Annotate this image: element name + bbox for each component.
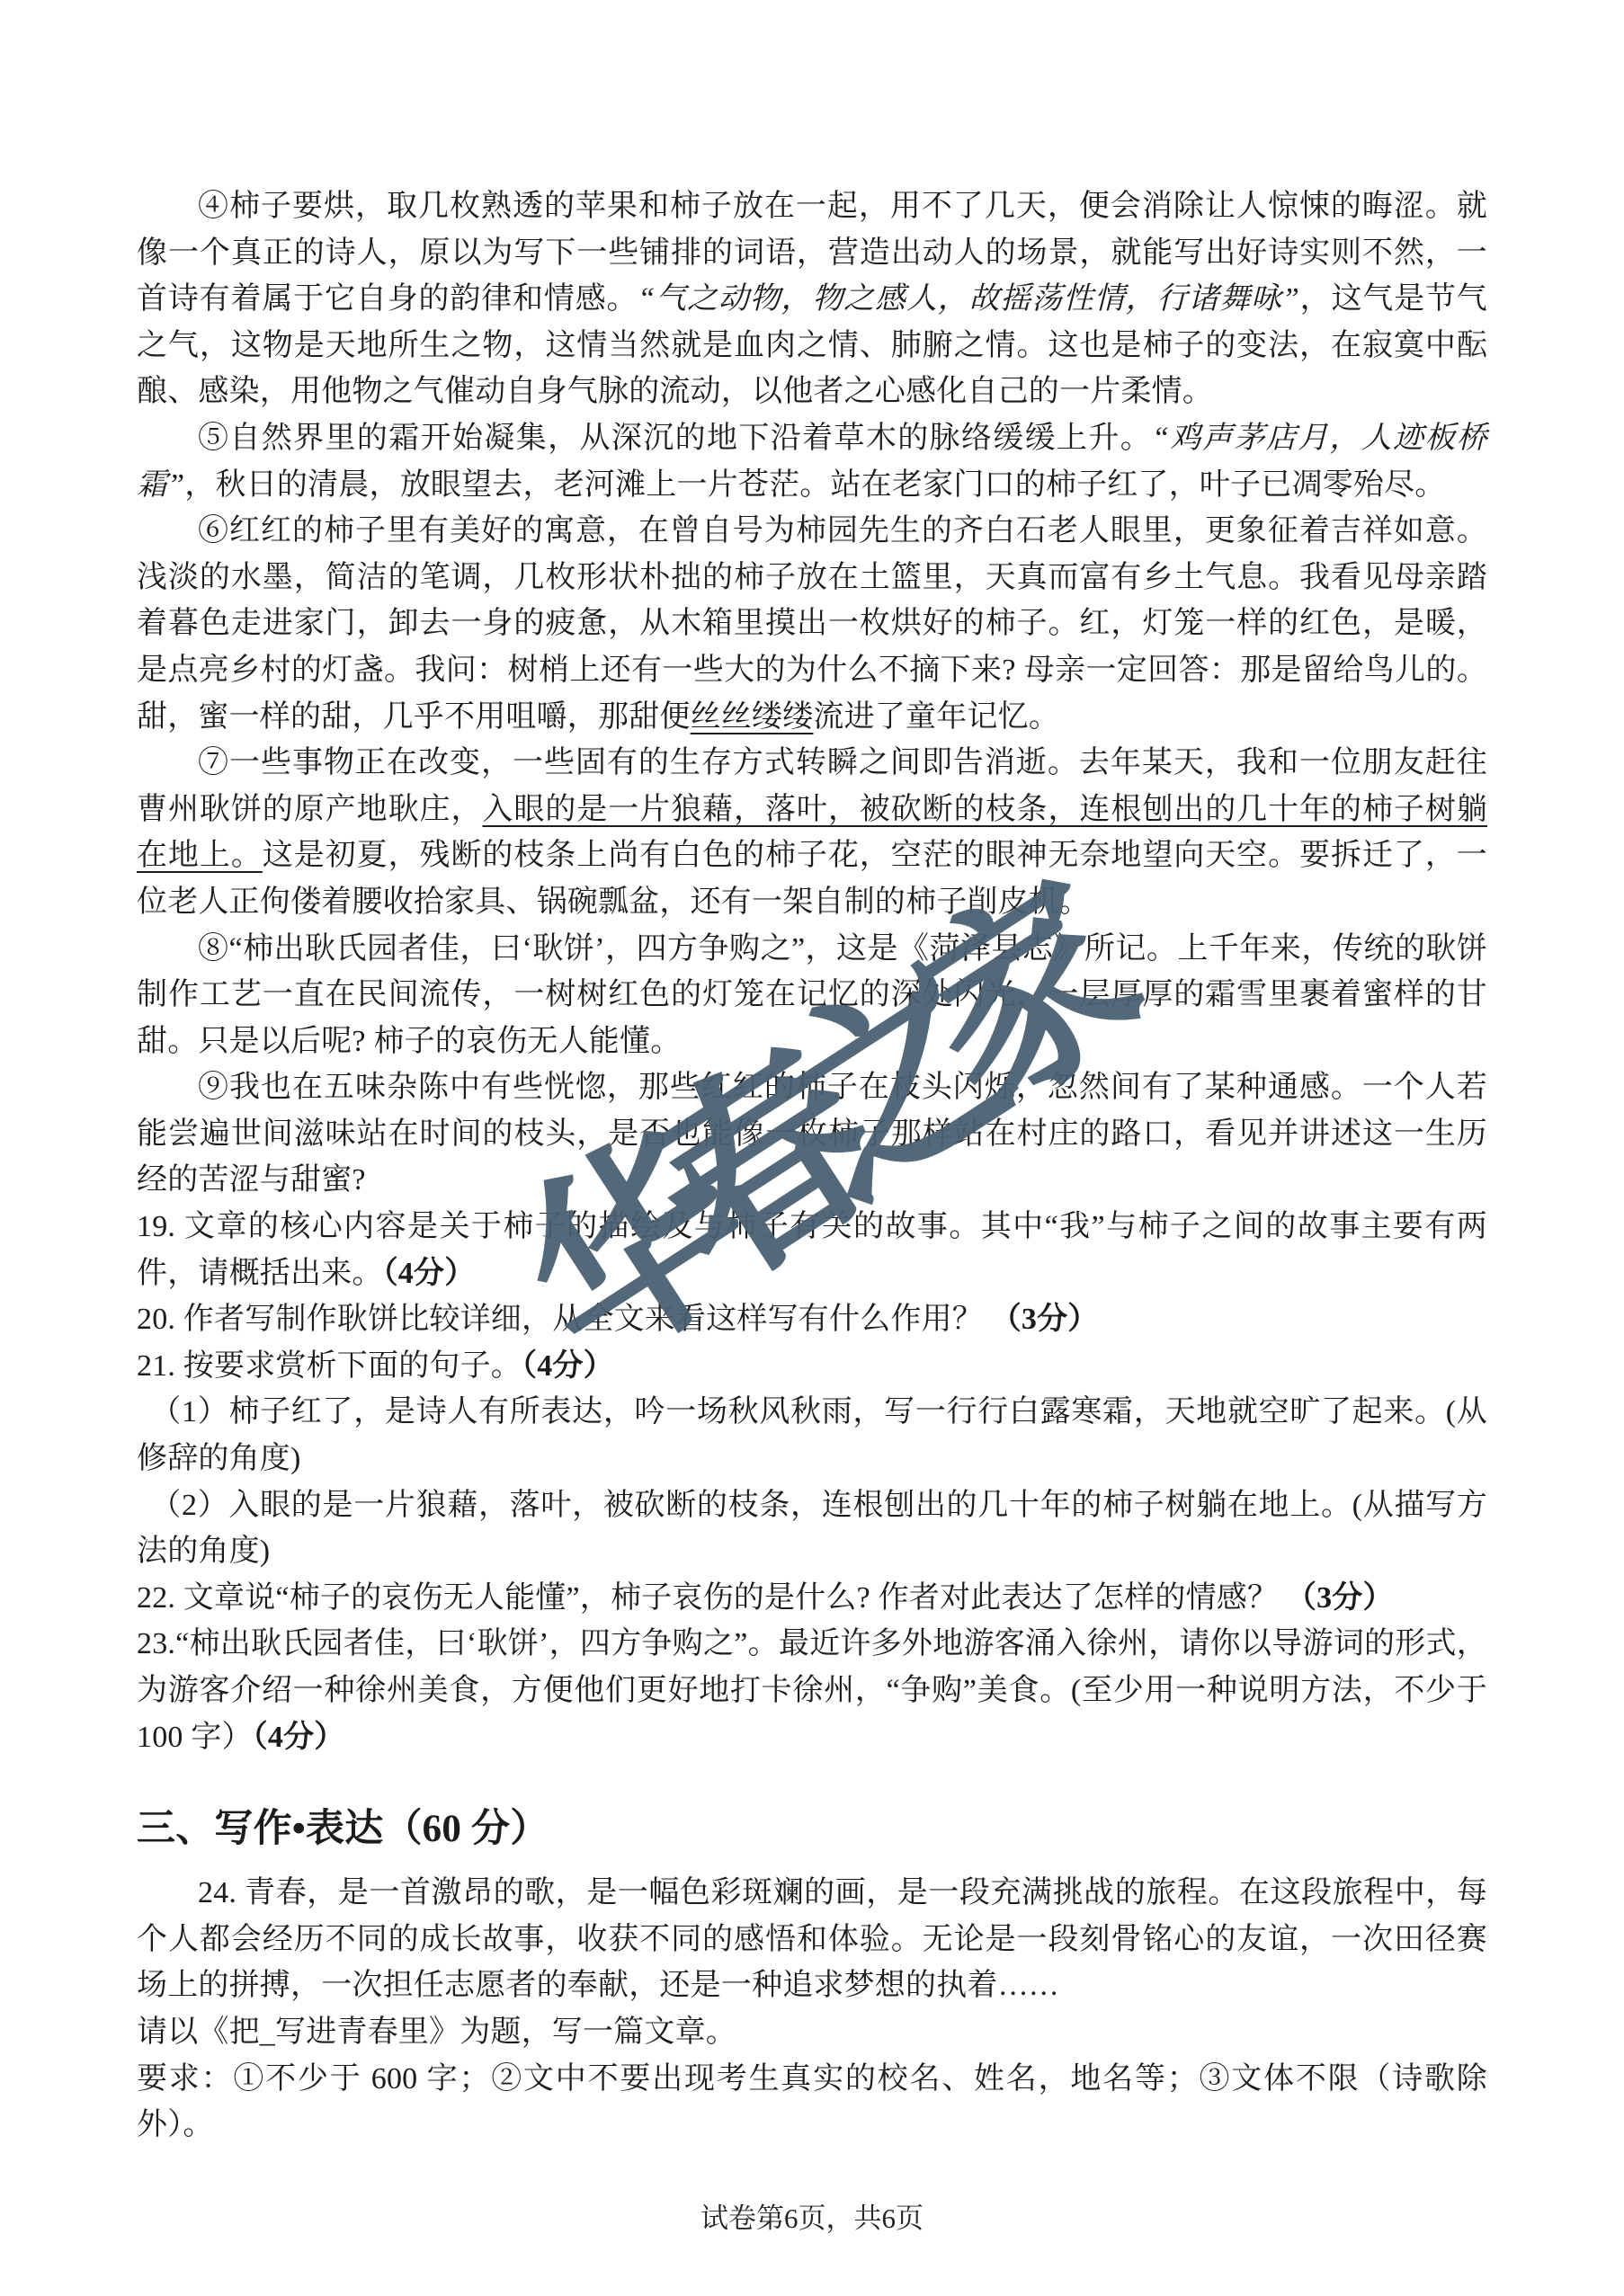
paragraph-text: 这是初夏，残断的枝条上尚有白色的柿子花，空茫的眼神无奈地望向天空。要拆迁了，一位… — [137, 839, 1487, 919]
question-21-item-2: （2）入眼的是一片狼藉，落叶，被砍断的枝条，连根刨出的几十年的柿子树躺在地上。(… — [137, 1482, 1487, 1575]
paragraph-text: 请以《把_写进青春里》为题，写一篇文章。 — [137, 2016, 736, 2049]
writing-title-line: 请以《把_写进青春里》为题，写一篇文章。 — [137, 2009, 1487, 2056]
score-label: （4分） — [383, 1257, 476, 1290]
reading-paragraph-5: ⑤自然界里的霜开始凝集，从深沉的地下沿着草木的脉络缓缓上升。“鸡声茅店月，人迹板… — [137, 415, 1487, 508]
score-label: （4分） — [253, 1721, 345, 1754]
underlined-text: 丝丝缕缕 — [691, 700, 814, 734]
question-19: 19. 文章的核心内容是关于柿子的描绘及与柿子有关的故事。其中“我”与柿子之间的… — [137, 1204, 1487, 1296]
score-label: （4分） — [522, 1349, 614, 1383]
section-heading-text: 三、写作•表达（60 分） — [137, 1808, 549, 1850]
page-footer: 试卷第6页，共6页 — [0, 2195, 1624, 2236]
paragraph-text: 流进了童年记忆。 — [813, 700, 1059, 734]
question-text: 22. 文章说“柿子的哀伤无人能懂”，柿子哀伤的是什么? 作者对此表达了怎样的情… — [137, 1581, 1286, 1615]
page-content: ④柿子要烘，取几枚熟透的苹果和柿子放在一起，用不了几天，便会消除让人惊悚的晦涩。… — [137, 183, 1487, 2149]
writing-requirements-line: 要求：①不少于 600 字；②文中不要出现考生真实的校名、姓名，地名等；③文体不… — [137, 2056, 1487, 2149]
question-text: 19. 文章的核心内容是关于柿子的描绘及与柿子有关的故事。其中“我”与柿子之间的… — [137, 1210, 1487, 1290]
paragraph-text: ⑨我也在五味杂陈中有些恍惚，那些红红的柿子在枝头闪烁，忽然间有了某种通感。一个人… — [137, 1071, 1487, 1197]
paragraph-text: ，秋日的清晨，放眼望去，老河滩上一片苍茫。站在老家门口的柿子红了，叶子已凋零殆尽… — [184, 468, 1445, 502]
reading-paragraph-7: ⑦一些事物正在改变，一些固有的生存方式转瞬之间即告消逝。去年某天，我和一位朋友赶… — [137, 740, 1487, 925]
question-text: （1）柿子红了，是诗人有所表达，吟一场秋风秋雨，写一行行白露寒霜，天地就空旷了起… — [137, 1395, 1487, 1475]
writing-prompt-24: 24. 青春，是一首激昂的歌，是一幅色彩斑斓的画，是一段充满挑战的旅程。在这段旅… — [137, 1870, 1487, 2009]
question-20: 20. 作者写制作耿饼比较详细，从全文来看这样写有什么作用？ （3分） — [137, 1296, 1487, 1343]
question-21-item-1: （1）柿子红了，是诗人有所表达，吟一场秋风秋雨，写一行行白露寒霜，天地就空旷了起… — [137, 1389, 1487, 1482]
question-22: 22. 文章说“柿子的哀伤无人能懂”，柿子哀伤的是什么? 作者对此表达了怎样的情… — [137, 1575, 1487, 1622]
question-text: 20. 作者写制作耿饼比较详细，从全文来看这样写有什么作用？ — [137, 1303, 991, 1336]
paragraph-text: 要求：①不少于 600 字；②文中不要出现考生真实的校名、姓名，地名等；③文体不… — [137, 2062, 1487, 2142]
exam-paper-page: ④柿子要烘，取几枚熟透的苹果和柿子放在一起，用不了几天，便会消除让人惊悚的晦涩。… — [0, 0, 1624, 2296]
score-label: （3分） — [991, 1303, 1099, 1336]
page-number-text: 试卷第6页，共6页 — [700, 2203, 924, 2234]
question-23: 23.“柿出耿氏园者佳，曰‘耿饼’，四方争购之”。最近许多外地游客涌入徐州，请你… — [137, 1621, 1487, 1760]
paragraph-text: ⑧“柿出耿氏园者佳，曰‘耿饼’，四方争购之”，这是《菏泽县志》所记。上千年来，传… — [137, 932, 1487, 1058]
paragraph-text: 24. 青春，是一首激昂的歌，是一幅色彩斑斓的画，是一段充满挑战的旅程。在这段旅… — [137, 1876, 1487, 2002]
quote-text: “气之动物，物之感人，故摇荡性情，行诸舞咏” — [638, 282, 1299, 316]
score-label: （3分） — [1286, 1581, 1394, 1615]
question-text: 21. 按要求赏析下面的句子。 — [137, 1349, 522, 1383]
reading-paragraph-6: ⑥红红的柿子里有美好的寓意，在曾自号为柿园先生的齐白石老人眼里，更象征着吉祥如意… — [137, 508, 1487, 740]
question-21: 21. 按要求赏析下面的句子。（4分） — [137, 1343, 1487, 1390]
reading-paragraph-8: ⑧“柿出耿氏园者佳，曰‘耿饼’，四方争购之”，这是《菏泽县志》所记。上千年来，传… — [137, 926, 1487, 1065]
question-text: （2）入眼的是一片狼藉，落叶，被砍断的枝条，连根刨出的几十年的柿子树躺在地上。(… — [137, 1489, 1487, 1569]
reading-paragraph-9: ⑨我也在五味杂陈中有些恍惚，那些红红的柿子在枝头闪烁，忽然间有了某种通感。一个人… — [137, 1064, 1487, 1204]
section-heading-writing: 三、写作•表达（60 分） — [137, 1802, 1487, 1857]
paragraph-text: ⑤自然界里的霜开始凝集，从深沉的地下沿着草木的脉络缓缓上升。 — [198, 422, 1152, 455]
reading-paragraph-4: ④柿子要烘，取几枚熟透的苹果和柿子放在一起，用不了几天，便会消除让人惊悚的晦涩。… — [137, 183, 1487, 415]
